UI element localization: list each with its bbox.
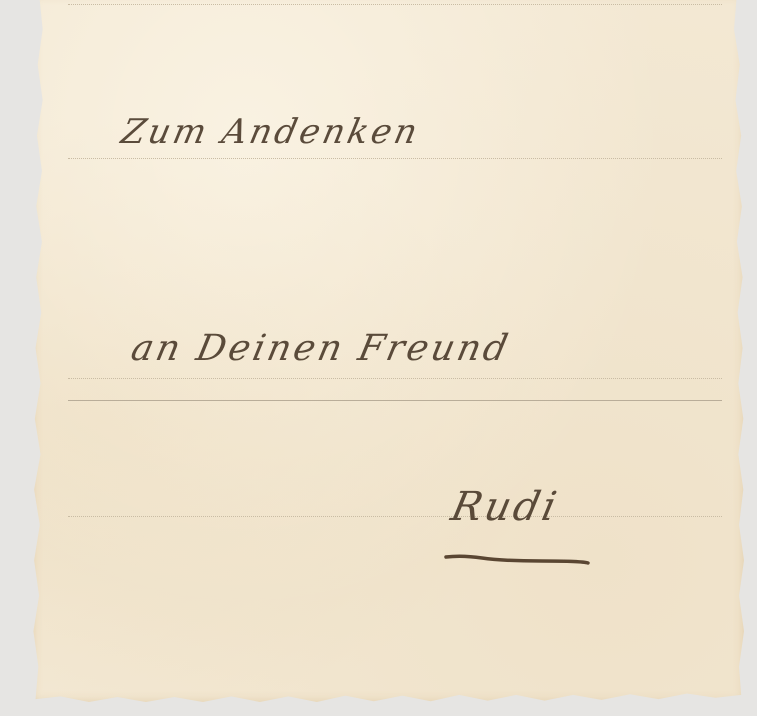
dotted-rule-1 (68, 158, 722, 159)
dedication-line: an Deinen Freund (128, 328, 515, 369)
dotted-rule-2 (68, 378, 722, 379)
greeting-line: Zum Andenken (118, 112, 424, 152)
signature: Rudi (447, 484, 563, 530)
dotted-rule-3 (68, 516, 722, 517)
dotted-rule-top (68, 4, 722, 5)
solid-rule (68, 400, 722, 401)
signature-underline (442, 549, 592, 569)
paper-card: Zum Andenken an Deinen Freund Rudi (32, 0, 744, 702)
